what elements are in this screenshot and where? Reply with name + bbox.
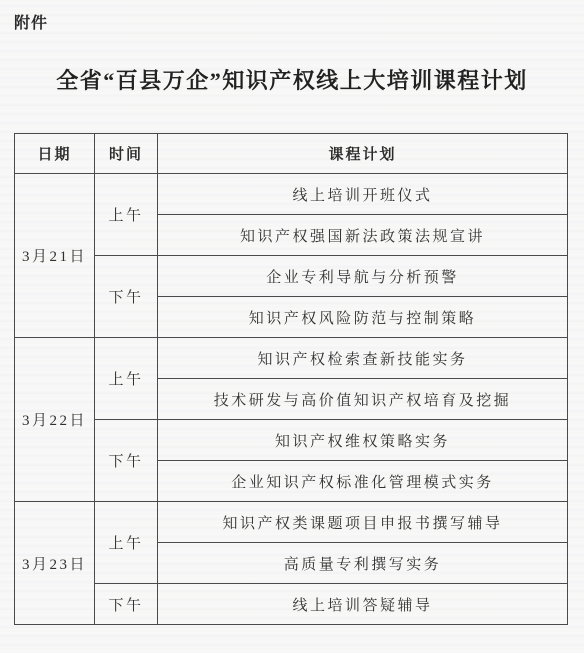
table-row: 3月22日 上午 知识产权检索查新技能实务 xyxy=(15,338,568,379)
table-row: 下午 线上培训答疑辅导 xyxy=(15,584,568,625)
course-cell: 企业知识产权标准化管理模式实务 xyxy=(158,461,568,502)
course-cell: 知识产权检索查新技能实务 xyxy=(158,338,568,379)
table-row: 下午 知识产权维权策略实务 xyxy=(15,420,568,461)
date-cell-day1: 3月21日 xyxy=(15,174,95,338)
course-cell: 高质量专利撰写实务 xyxy=(158,543,568,584)
course-cell: 知识产权维权策略实务 xyxy=(158,420,568,461)
course-cell: 知识产权类课题项目申报书撰写辅导 xyxy=(158,502,568,543)
header-time: 时间 xyxy=(95,134,158,174)
course-cell: 线上培训答疑辅导 xyxy=(158,584,568,625)
header-date: 日期 xyxy=(15,134,95,174)
time-cell-day3-pm: 下午 xyxy=(95,584,158,625)
time-cell-day2-am: 上午 xyxy=(95,338,158,420)
attachment-label: 附件 xyxy=(14,10,48,33)
time-cell-day2-pm: 下午 xyxy=(95,420,158,502)
table-row: 下午 企业专利导航与分析预警 xyxy=(15,256,568,297)
document-page: 附件 全省“百县万企”知识产权线上大培训课程计划 日期 时间 课程计划 3月21… xyxy=(0,0,584,653)
course-cell: 知识产权风险防范与控制策略 xyxy=(158,297,568,338)
table-header-row: 日期 时间 课程计划 xyxy=(15,134,568,174)
course-cell: 线上培训开班仪式 xyxy=(158,174,568,215)
course-cell: 企业专利导航与分析预警 xyxy=(158,256,568,297)
page-title: 全省“百县万企”知识产权线上大培训课程计划 xyxy=(0,64,584,95)
table-row: 3月23日 上午 知识产权类课题项目申报书撰写辅导 xyxy=(15,502,568,543)
date-cell-day3: 3月23日 xyxy=(15,502,95,625)
course-cell: 知识产权强国新法政策法规宣讲 xyxy=(158,215,568,256)
time-cell-day1-pm: 下午 xyxy=(95,256,158,338)
course-cell: 技术研发与高价值知识产权培育及挖掘 xyxy=(158,379,568,420)
course-schedule-table: 日期 时间 课程计划 3月21日 上午 线上培训开班仪式 知识产权强国新法政策法… xyxy=(14,133,568,625)
table-row: 3月21日 上午 线上培训开班仪式 xyxy=(15,174,568,215)
time-cell-day1-am: 上午 xyxy=(95,174,158,256)
header-course-plan: 课程计划 xyxy=(158,134,568,174)
time-cell-day3-am: 上午 xyxy=(95,502,158,584)
date-cell-day2: 3月22日 xyxy=(15,338,95,502)
